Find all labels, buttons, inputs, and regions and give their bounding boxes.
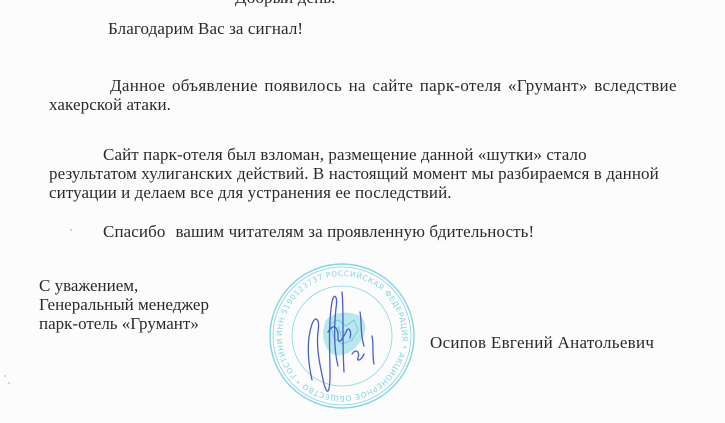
signer-name: Осипов Евгений Анатольевич bbox=[430, 333, 654, 353]
paragraph-2-line-3: ситуации и делаем все для устранения ее … bbox=[49, 183, 452, 203]
scan-speck bbox=[70, 229, 72, 231]
scanned-letter-page: Добрый день. Благодарим Вас за сигнал! Д… bbox=[0, 0, 725, 423]
closing-position: Генеральный менеджер bbox=[39, 295, 209, 314]
paragraph-3-word-1: Спасибо bbox=[103, 222, 165, 241]
paragraph-1-line-1: Данное объявление появилось на сайте пар… bbox=[110, 76, 677, 96]
greeting-top-cutoff: Добрый день. bbox=[235, 0, 336, 8]
paragraph-2-line-1: Сайт парк-отеля был взломан, размещение … bbox=[103, 145, 587, 165]
stamp-seal-icon: ИНН 5190123737 РОССИЙСКАЯ ФЕДЕРАЦИЯ * АК… bbox=[268, 262, 416, 410]
paragraph-3-rest: вашим читателям за проявленную бдительно… bbox=[175, 222, 534, 241]
closing-organization: парк-отель «Грумант» bbox=[39, 314, 209, 333]
paragraph-2-line-2: результатом хулиганских действий. В наст… bbox=[49, 164, 659, 184]
closing-block: С уважением, Генеральный менеджер парк-о… bbox=[39, 276, 209, 333]
scan-speck bbox=[4, 375, 6, 377]
official-stamp-with-signature: ИНН 5190123737 РОССИЙСКАЯ ФЕДЕРАЦИЯ * АК… bbox=[268, 262, 416, 410]
closing-regards: С уважением, bbox=[39, 276, 209, 295]
paragraph-1-line-2: хакерской атаки. bbox=[49, 95, 171, 115]
paragraph-3: Спасибовашим читателям за проявленную бд… bbox=[103, 222, 534, 242]
thanks-line: Благодарим Вас за сигнал! bbox=[108, 19, 303, 39]
scan-speck bbox=[8, 382, 10, 384]
